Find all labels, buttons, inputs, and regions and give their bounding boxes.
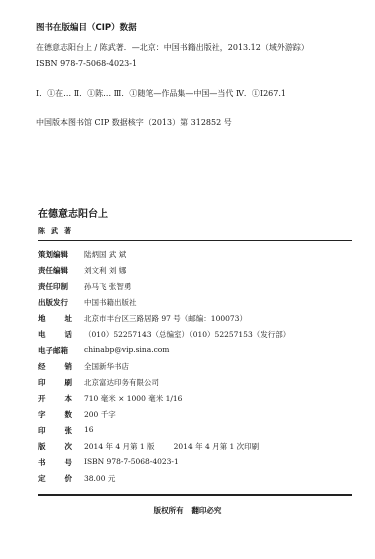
detail-value: 北京市丰台区三路居路 97 号（邮编：100073）: [82, 313, 247, 324]
cip-line-classification: Ⅰ．①在… Ⅱ．①陈… Ⅲ．①随笔—作品集—中国—当代 Ⅳ．①I267.1: [36, 88, 286, 99]
detail-value: 16: [82, 425, 94, 436]
detail-value: 刘文利 刘 娜: [82, 265, 126, 276]
detail-label: 电子邮箱: [38, 345, 82, 356]
detail-value: 全国新华书店: [82, 361, 129, 372]
detail-label: 责任编辑: [38, 265, 82, 276]
detail-label: 策划编辑: [38, 249, 82, 260]
detail-row: 电子邮箱chinabp@vip.sina.com: [38, 345, 169, 356]
cip-line-isbn: ISBN 978-7-5068-4023-1: [36, 59, 137, 68]
copyright-notice: 版权所有 翻印必究: [0, 505, 375, 516]
detail-value: 孙马飞 张智勇: [82, 281, 131, 292]
divider-bottom: [38, 494, 352, 496]
detail-value: chinabp@vip.sina.com: [82, 345, 169, 356]
detail-value: 710 毫米 × 1000 毫米 1/16: [82, 393, 182, 404]
detail-row: 字数200 千字: [38, 409, 116, 420]
detail-row: 责任编辑刘文利 刘 娜: [38, 265, 126, 276]
detail-value: 2014 年 4 月第 1 版 2014 年 4 月第 1 次印刷: [82, 441, 259, 452]
detail-value: 陆炳国 武 斌: [82, 249, 126, 260]
detail-value: 200 千字: [82, 409, 116, 420]
detail-row: 开本710 毫米 × 1000 毫米 1/16: [38, 393, 182, 404]
detail-value: 38.00 元: [82, 473, 115, 484]
detail-row: 责任印制孙马飞 张智勇: [38, 281, 131, 292]
cip-line-record-number: 中国版本图书馆 CIP 数据核字（2013）第 312852 号: [36, 117, 232, 128]
detail-row: 地址北京市丰台区三路居路 97 号（邮编：100073）: [38, 313, 247, 324]
detail-row: 出版发行中国书籍出版社: [38, 297, 137, 308]
detail-row: 电话（010）52257143（总编室）（010）52257153（发行部）: [38, 329, 290, 340]
detail-value: ISBN 978-7-5068-4023-1: [82, 457, 179, 468]
cip-line-title: 在德意志阳台上 / 陈武著．—北京：中国书籍出版社，2013.12（域外游踪）: [36, 42, 309, 53]
detail-row: 印张16: [38, 425, 94, 436]
detail-value: （010）52257143（总编室）（010）52257153（发行部）: [82, 329, 290, 340]
detail-value: 中国书籍出版社: [82, 297, 137, 308]
divider-top: [38, 240, 352, 241]
detail-row: 书号ISBN 978-7-5068-4023-1: [38, 457, 179, 468]
detail-value: 北京富达印务有限公司: [82, 377, 159, 388]
detail-row: 经销全国新华书店: [38, 361, 129, 372]
detail-label: 出版发行: [38, 297, 82, 308]
detail-row: 定价38.00 元: [38, 473, 115, 484]
detail-row: 版次2014 年 4 月第 1 版 2014 年 4 月第 1 次印刷: [38, 441, 259, 452]
book-author: 陈武著: [38, 226, 77, 236]
detail-row: 印刷北京富达印务有限公司: [38, 377, 159, 388]
book-title: 在德意志阳台上: [38, 205, 108, 220]
cip-heading: 图书在版编目（CIP）数据: [36, 21, 137, 33]
detail-label: 责任印制: [38, 281, 82, 292]
detail-row: 策划编辑陆炳国 武 斌: [38, 249, 126, 260]
